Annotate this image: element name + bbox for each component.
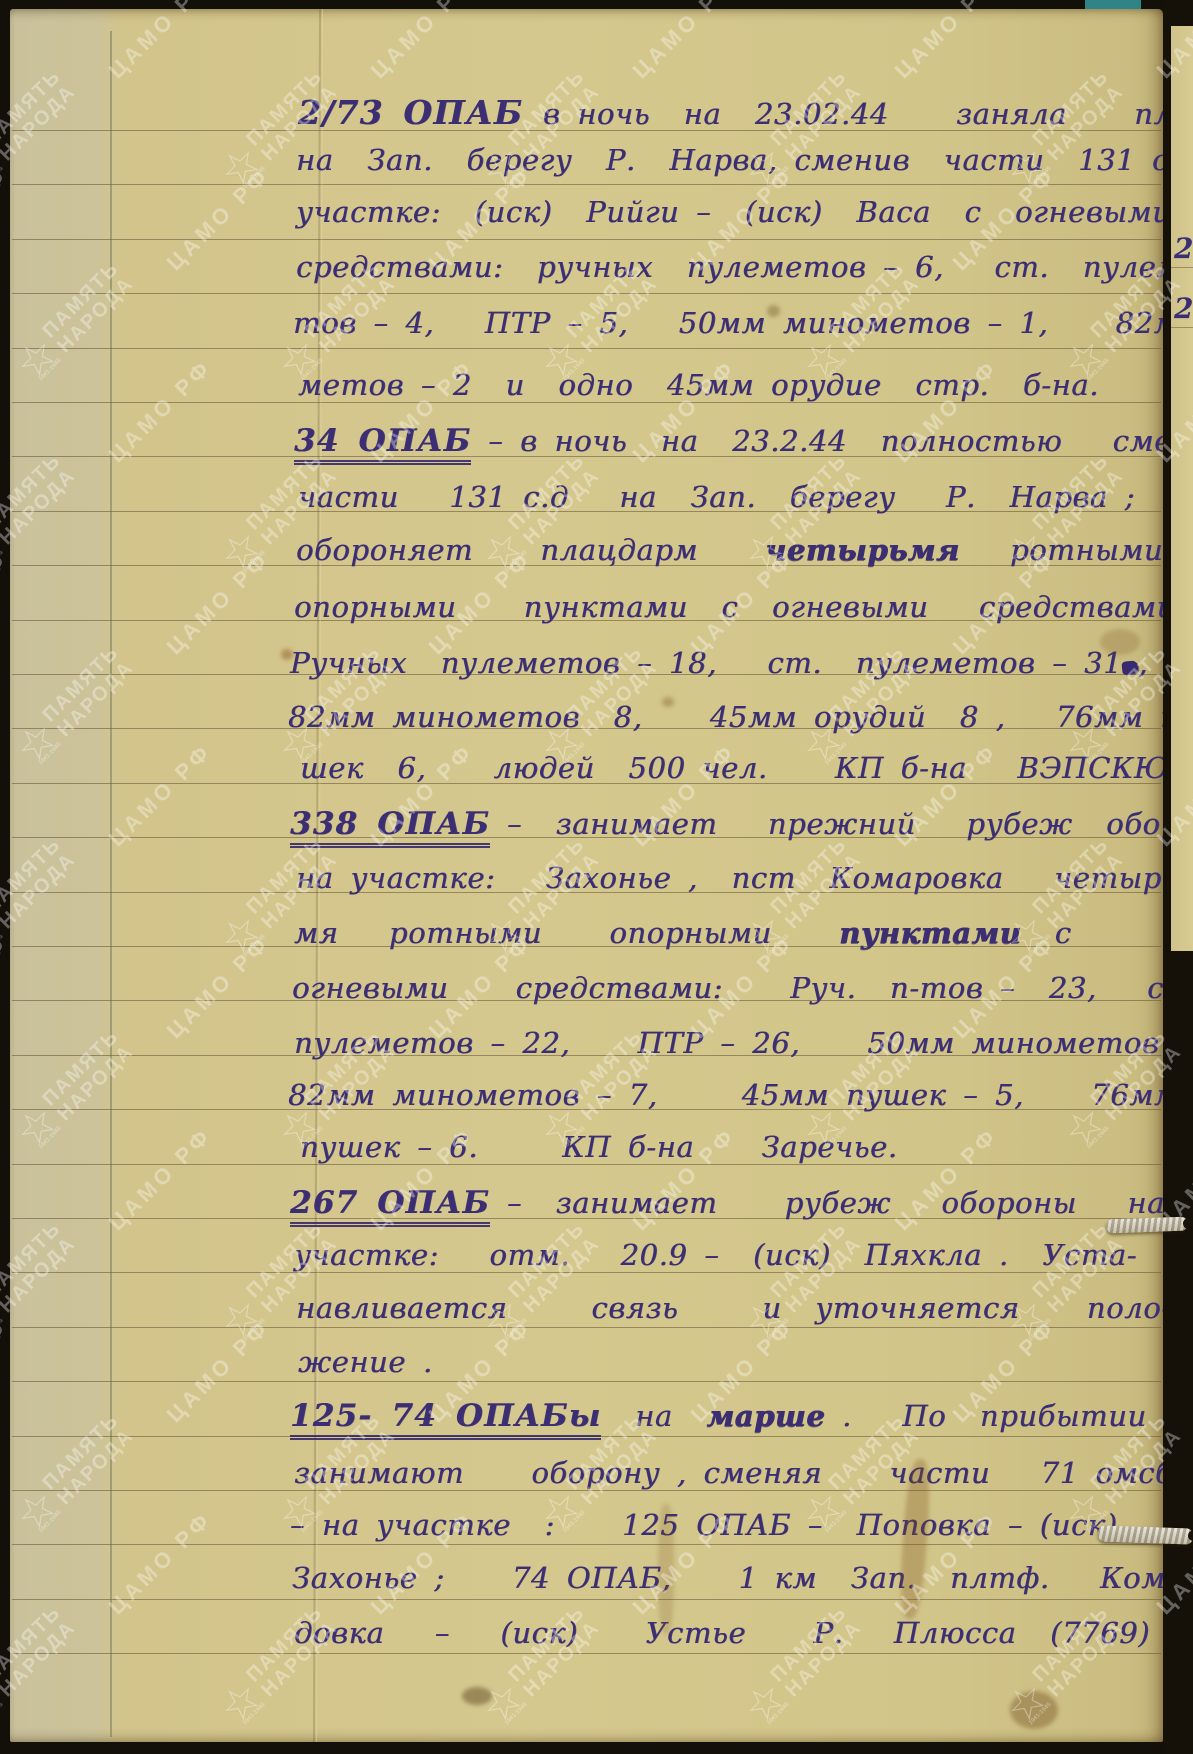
handwritten-line: 338 ОПАБ – занимает прежний рубеж оборон…	[290, 806, 1193, 842]
handwritten-line: на участке: Захонье , пст Комаровка четы…	[296, 861, 1189, 895]
ruled-line	[12, 239, 1161, 240]
handwriting-segment: 82мм минометов – 7, 45мм пушек – 5, 76мм	[288, 1078, 1179, 1112]
handwritten-line: метов – 2 и одно 45мм орудие стр. б-на.	[298, 368, 1099, 402]
adjacent-page-edge: 22	[1171, 26, 1193, 951]
handwriting-segment: на участке: Захонье , пст Комаровка четы…	[296, 861, 1189, 895]
handwriting-segment: на Зап. берегу Р. Нарва, сменив части 13…	[296, 143, 1193, 177]
handwriting-segment: – занимает рубеж обороны на	[490, 1186, 1165, 1220]
handwritten-line: 82мм минометов 8, 45мм орудий 8 , 76мм п…	[288, 700, 1193, 734]
unit-heading: 267 ОПАБ	[290, 1185, 490, 1227]
handwritten-line: жение .	[298, 1345, 433, 1379]
handwritten-line: средствами: ручных пулеметов – 6, ст. пу…	[296, 250, 1193, 284]
handwriting-segment: навливается связь и уточняется поло-	[296, 1291, 1172, 1325]
handwriting-segment: занимают оборону , сменяя части 71 омсбр	[294, 1456, 1193, 1490]
handwritten-line: 125- 74 ОПАБы на марше . По прибытии	[290, 1398, 1147, 1434]
binding-thread	[1098, 1525, 1193, 1544]
handwriting-segment: мя ротными опорными	[294, 916, 839, 950]
unit-heading: 338 ОПАБ	[290, 806, 490, 848]
star-icon: ☆1941-1945	[0, 907, 7, 963]
handwriting-segment: на	[601, 1399, 706, 1433]
handwriting-segment: в ночь на 23.02.44 заняла плацдарм	[543, 97, 1193, 131]
handwriting-segment: участке: (иск) Рийги – (иск) Васа с огне…	[296, 195, 1171, 229]
star-icon: ☆1941-1945	[0, 523, 7, 579]
handwriting-segment: с	[1021, 916, 1071, 950]
cyan-edge-mark	[1085, 0, 1141, 9]
stain	[767, 305, 780, 317]
handwritten-line: части 131 с.д на Зап. берегу Р. Нарва ;	[298, 480, 1135, 514]
handwritten-line: Ручных пулеметов – 18, ст. пулеметов – 3…	[290, 646, 1193, 680]
ruled-line	[12, 348, 1161, 349]
page-fragment-char: 2	[1174, 292, 1193, 325]
handwritten-line: 34 ОПАБ – в ночь на 23.2.44 полностью см…	[294, 423, 1193, 459]
handwriting-segment: метов – 2 и одно 45мм орудие стр. б-на.	[298, 368, 1099, 402]
ruled-line	[1171, 267, 1193, 268]
ruled-line	[12, 184, 1161, 185]
handwriting-segment: пунктами	[839, 916, 1021, 950]
star-icon: ☆1941-1945	[0, 139, 7, 195]
stain	[1010, 1691, 1058, 1729]
handwriting-segment: средствами: ручных пулеметов – 6, ст. пу…	[296, 250, 1193, 284]
stain	[281, 649, 293, 660]
handwritten-line: 82мм минометов – 7, 45мм пушек – 5, 76мм	[288, 1078, 1179, 1112]
stain	[662, 697, 674, 707]
handwritten-line: шек 6, людей 500 чел. КП б-на ВЭПСКЮЛА.	[300, 751, 1193, 785]
handwritten-line: довка – (иск) Устье Р. Плюсса (7769)	[294, 1616, 1150, 1650]
handwriting-segment: тов – 4, ПТР – 5, 50мм минометов – 1, 82…	[293, 306, 1193, 340]
ruled-line	[12, 293, 1161, 294]
handwriting-segment: Захонье ; 74 ОПАБ, 1 км Зап. плтф. Кома-	[292, 1561, 1193, 1595]
scanned-document: 2/73 ОПАБ в ночь на 23.02.44 заняла плац…	[0, 0, 1193, 1754]
handwriting-segment: – занимает прежний рубеж обороны	[490, 807, 1193, 841]
handwritten-line: 267 ОПАБ – занимает рубеж обороны на	[290, 1185, 1165, 1221]
ruled-line	[12, 1381, 1161, 1382]
ruled-line	[12, 1653, 1161, 1654]
ruled-line	[12, 402, 1161, 403]
handwritten-line: 2/73 ОПАБ в ночь на 23.02.44 заняла плац…	[298, 93, 1193, 132]
handwritten-line: участке: отм. 20.9 – (иск) Пяхкла . Уста…	[294, 1238, 1137, 1272]
page-fragment-char: 2	[1174, 232, 1193, 265]
ruled-line	[12, 1544, 1161, 1545]
handwriting-segment: обороняет плацдарм	[296, 533, 765, 567]
handwritten-line: занимают оборону , сменяя части 71 омсбр	[294, 1456, 1193, 1490]
unit-heading: 2/73 ОПАБ	[298, 93, 543, 132]
stain	[462, 1687, 492, 1705]
binding-thread	[1106, 1217, 1188, 1234]
ruled-line	[12, 1272, 1161, 1273]
handwriting-segment: пулеметов – 22, ПТР – 26, 50мм минометов…	[294, 1026, 1193, 1060]
unit-heading: 34 ОПАБ	[294, 423, 471, 465]
handwriting-segment: участке: отм. 20.9 – (иск) Пяхкла . Уста…	[294, 1238, 1137, 1272]
unit-heading: 125- 74 ОПАБы	[290, 1398, 601, 1440]
ruled-line	[12, 1599, 1161, 1600]
handwritten-line: пушек – 6. КП б-на Заречье.	[300, 1130, 898, 1164]
notebook-page: 2/73 ОПАБ в ночь на 23.02.44 заняла плац…	[10, 9, 1163, 1742]
handwriting-segment: . По прибытии	[825, 1399, 1147, 1433]
star-icon: ☆1941-1945	[0, 1675, 7, 1731]
ink-blot	[1122, 660, 1139, 675]
handwriting-segment: огневыми средствами: Руч. п-тов – 23, ст…	[292, 971, 1193, 1005]
handwriting-segment: Ручных пулеметов – 18, ст. пулеметов – 3…	[290, 646, 1122, 680]
handwritten-line: тов – 4, ПТР – 5, 50мм минометов – 1, 82…	[293, 306, 1193, 340]
ruled-line	[12, 1327, 1161, 1328]
handwritten-line: опорными пунктами с огневыми средствами:	[294, 590, 1186, 624]
handwritten-line: огневыми средствами: Руч. п-тов – 23, ст…	[292, 971, 1193, 1005]
handwriting-segment: марше	[706, 1399, 825, 1433]
margin-rule-line	[110, 31, 112, 1737]
handwriting-segment: 82мм минометов 8, 45мм орудий 8 , 76мм п…	[288, 700, 1193, 734]
handwritten-line: участке: (иск) Рийги – (иск) Васа с огне…	[296, 195, 1171, 229]
handwriting-segment: жение .	[298, 1345, 433, 1379]
handwriting-segment: четырьмя	[765, 533, 959, 567]
stain	[658, 1504, 674, 1634]
handwritten-line: обороняет плацдарм четырьмя ротными	[296, 533, 1163, 567]
handwriting-segment: довка – (иск) Устье Р. Плюсса (7769)	[294, 1616, 1150, 1650]
handwriting-segment: части 131 с.д на Зап. берегу Р. Нарва ;	[298, 480, 1135, 514]
handwriting-segment: пушек – 6. КП б-на Заречье.	[300, 1130, 898, 1164]
handwriting-segment: ротными	[960, 533, 1164, 567]
star-icon: ☆1941-1945	[0, 1291, 7, 1347]
handwriting-segment: опорными пунктами с огневыми средствами:	[294, 590, 1186, 624]
handwriting-segment: – на участке : 125 ОПАБ – Поповка – (иск…	[290, 1508, 1118, 1542]
ruled-line	[1171, 327, 1193, 328]
handwritten-line: на Зап. берегу Р. Нарва, сменив части 13…	[296, 143, 1193, 177]
handwriting-segment: – в ночь на 23.2.44 полностью сменил	[471, 424, 1193, 458]
handwritten-line: навливается связь и уточняется поло-	[296, 1291, 1172, 1325]
handwritten-line: мя ротными опорными пунктами с	[294, 916, 1072, 950]
ruled-line	[12, 1490, 1161, 1491]
handwriting-segment: шек 6, людей 500 чел. КП б-на ВЭПСКЮЛА.	[300, 751, 1193, 785]
handwritten-line: пулеметов – 22, ПТР – 26, 50мм минометов…	[294, 1026, 1193, 1060]
handwritten-line: Захонье ; 74 ОПАБ, 1 км Зап. плтф. Кома-	[292, 1561, 1193, 1595]
stain	[1100, 629, 1140, 655]
handwritten-line: – на участке : 125 ОПАБ – Поповка – (иск…	[290, 1508, 1118, 1542]
